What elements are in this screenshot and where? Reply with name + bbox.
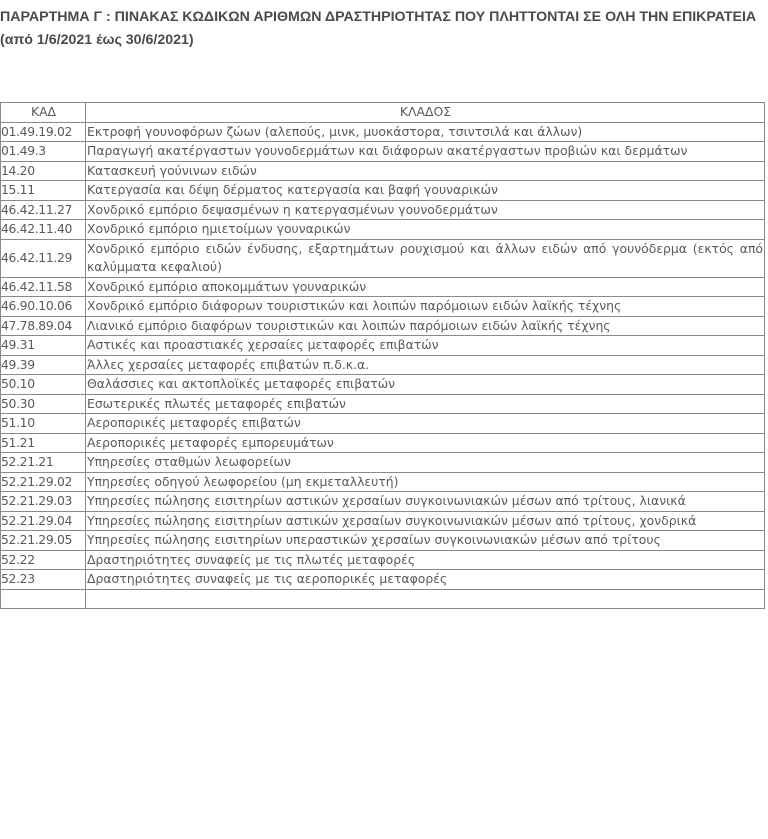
klados-description-cell: Υπηρεσίες σταθμών λεωφορείων (86, 453, 765, 473)
table-row: 15.11Κατεργασία και δέψη δέρματος κατεργ… (1, 181, 765, 201)
klados-description-cell: Χονδρικό εμπόριο ημιετοίμων γουναρικών (86, 220, 765, 240)
table-row: 52.21.29.02Υπηρεσίες οδηγού λεωφορείου (… (1, 472, 765, 492)
kad-code-cell: 14.20 (1, 161, 86, 181)
table-header-row: ΚΑΔ ΚΛΑΔΟΣ (1, 103, 765, 123)
table-row: 49.39Άλλες χερσαίες μεταφορές επιβατών π… (1, 355, 765, 375)
table-row: 52.21.21Υπηρεσίες σταθμών λεωφορείων (1, 453, 765, 473)
kad-code-cell: 01.49.19.02 (1, 122, 86, 142)
kad-code-cell: 46.90.10.06 (1, 297, 86, 317)
kad-code-cell: 52.21.21 (1, 453, 86, 473)
table-row: 46.90.10.06Χονδρικό εμπόριο διάφορων του… (1, 297, 765, 317)
table-row: 01.49.19.02Εκτροφή γουνοφόρων ζώων (αλεπ… (1, 122, 765, 142)
table-row: 52.21.29.04Υπηρεσίες πώλησης εισιτηρίων … (1, 511, 765, 531)
klados-description-cell: Υπηρεσίες οδηγού λεωφορείου (μη εκμεταλλ… (86, 472, 765, 492)
klados-description-cell: Υπηρεσίες πώλησης εισιτηρίων αστικών χερ… (86, 511, 765, 531)
klados-description-cell: Κατασκευή γούνινων ειδών (86, 161, 765, 181)
klados-description-cell: Θαλάσσιες και ακτοπλοϊκές μεταφορές επιβ… (86, 375, 765, 395)
kad-code-cell (1, 589, 86, 609)
klados-description-cell (86, 589, 765, 609)
kad-code-cell: 46.42.11.40 (1, 220, 86, 240)
kad-code-cell: 46.42.11.29 (1, 239, 86, 277)
klados-description-cell: Χονδρικό εμπόριο ειδών ένδυσης, εξαρτημά… (86, 239, 765, 277)
kad-code-cell: 52.21.29.05 (1, 531, 86, 551)
table-row: 51.10Αεροπορικές μεταφορές επιβατών (1, 414, 765, 434)
table-row: 50.30Εσωτερικές πλωτές μεταφορές επιβατώ… (1, 394, 765, 414)
kad-code-cell: 01.49.3 (1, 142, 86, 162)
kad-code-cell: 50.10 (1, 375, 86, 395)
klados-description-cell: Αστικές και προαστιακές χερσαίες μεταφορ… (86, 336, 765, 356)
kad-code-cell: 51.10 (1, 414, 86, 434)
klados-description-cell: Υπηρεσίες πώλησης εισιτηρίων αστικών χερ… (86, 492, 765, 512)
table-row: 52.23Δραστηριότητες συναφείς με τις αερο… (1, 570, 765, 590)
table-body: 01.49.19.02Εκτροφή γουνοφόρων ζώων (αλεπ… (1, 122, 765, 609)
kad-code-cell: 51.21 (1, 433, 86, 453)
table-row: 46.42.11.29Χονδρικό εμπόριο ειδών ένδυση… (1, 239, 765, 277)
table-row: 01.49.3Παραγωγή ακατέργαστων γουνοδερμάτ… (1, 142, 765, 162)
table-row (1, 589, 765, 609)
klados-description-cell: Δραστηριότητες συναφείς με τις αεροπορικ… (86, 570, 765, 590)
klados-description-cell: Υπηρεσίες πώλησης εισιτηρίων υπεραστικών… (86, 531, 765, 551)
klados-description-cell: Χονδρικό εμπόριο αποκομμάτων γουναρικών (86, 277, 765, 297)
klados-description-cell: Παραγωγή ακατέργαστων γουνοδερμάτων και … (86, 142, 765, 162)
kad-code-cell: 15.11 (1, 181, 86, 201)
kad-code-cell: 52.23 (1, 570, 86, 590)
table-row: 46.42.11.27Χονδρικό εμπόριο δεψασμένων η… (1, 200, 765, 220)
klados-description-cell: Άλλες χερσαίες μεταφορές επιβατών π.δ.κ.… (86, 355, 765, 375)
kad-code-cell: 52.21.29.04 (1, 511, 86, 531)
klados-description-cell: Δραστηριότητες συναφείς με τις πλωτές με… (86, 550, 765, 570)
kad-code-cell: 52.22 (1, 550, 86, 570)
table-row: 52.22Δραστηριότητες συναφείς με τις πλωτ… (1, 550, 765, 570)
kad-code-cell: 52.21.29.02 (1, 472, 86, 492)
klados-description-cell: Χονδρικό εμπόριο διάφορων τουριστικών κα… (86, 297, 765, 317)
klados-description-cell: Χονδρικό εμπόριο δεψασμένων η κατεργασμέ… (86, 200, 765, 220)
table-row: 47.78.89.04Λιανικό εμπόριο διαφόρων τουρ… (1, 316, 765, 336)
table-row: 14.20Κατασκευή γούνινων ειδών (1, 161, 765, 181)
klados-description-cell: Κατεργασία και δέψη δέρματος κατεργασία … (86, 181, 765, 201)
table-row: 49.31Αστικές και προαστιακές χερσαίες με… (1, 336, 765, 356)
klados-description-cell: Λιανικό εμπόριο διαφόρων τουριστικών και… (86, 316, 765, 336)
kad-code-cell: 46.42.11.27 (1, 200, 86, 220)
table-row: 52.21.29.03Υπηρεσίες πώλησης εισιτηρίων … (1, 492, 765, 512)
kad-code-cell: 50.30 (1, 394, 86, 414)
kad-code-cell: 49.39 (1, 355, 86, 375)
kad-code-cell: 52.21.29.03 (1, 492, 86, 512)
kad-code-cell: 49.31 (1, 336, 86, 356)
klados-description-cell: Αεροπορικές μεταφορές επιβατών (86, 414, 765, 434)
table-row: 46.42.11.58Χονδρικό εμπόριο αποκομμάτων … (1, 277, 765, 297)
kad-code-cell: 47.78.89.04 (1, 316, 86, 336)
klados-description-cell: Αεροπορικές μεταφορές εμπορευμάτων (86, 433, 765, 453)
table-row: 50.10Θαλάσσιες και ακτοπλοϊκές μεταφορές… (1, 375, 765, 395)
column-header-kad: ΚΑΔ (1, 103, 86, 123)
column-header-klados: ΚΛΑΔΟΣ (86, 103, 765, 123)
klados-description-cell: Εκτροφή γουνοφόρων ζώων (αλεπούς, μινκ, … (86, 122, 765, 142)
table-row: 46.42.11.40Χονδρικό εμπόριο ημιετοίμων γ… (1, 220, 765, 240)
document-title: ΠΑΡΑΡΤΗΜΑ Γ : ΠΙΝΑΚΑΣ ΚΩΔΙΚΩΝ ΑΡΙΘΜΩΝ ΔΡ… (0, 6, 766, 52)
kad-table: ΚΑΔ ΚΛΑΔΟΣ 01.49.19.02Εκτροφή γουνοφόρων… (0, 102, 765, 609)
kad-code-cell: 46.42.11.58 (1, 277, 86, 297)
table-row: 52.21.29.05Υπηρεσίες πώλησης εισιτηρίων … (1, 531, 765, 551)
klados-description-cell: Εσωτερικές πλωτές μεταφορές επιβατών (86, 394, 765, 414)
table-row: 51.21Αεροπορικές μεταφορές εμπορευμάτων (1, 433, 765, 453)
